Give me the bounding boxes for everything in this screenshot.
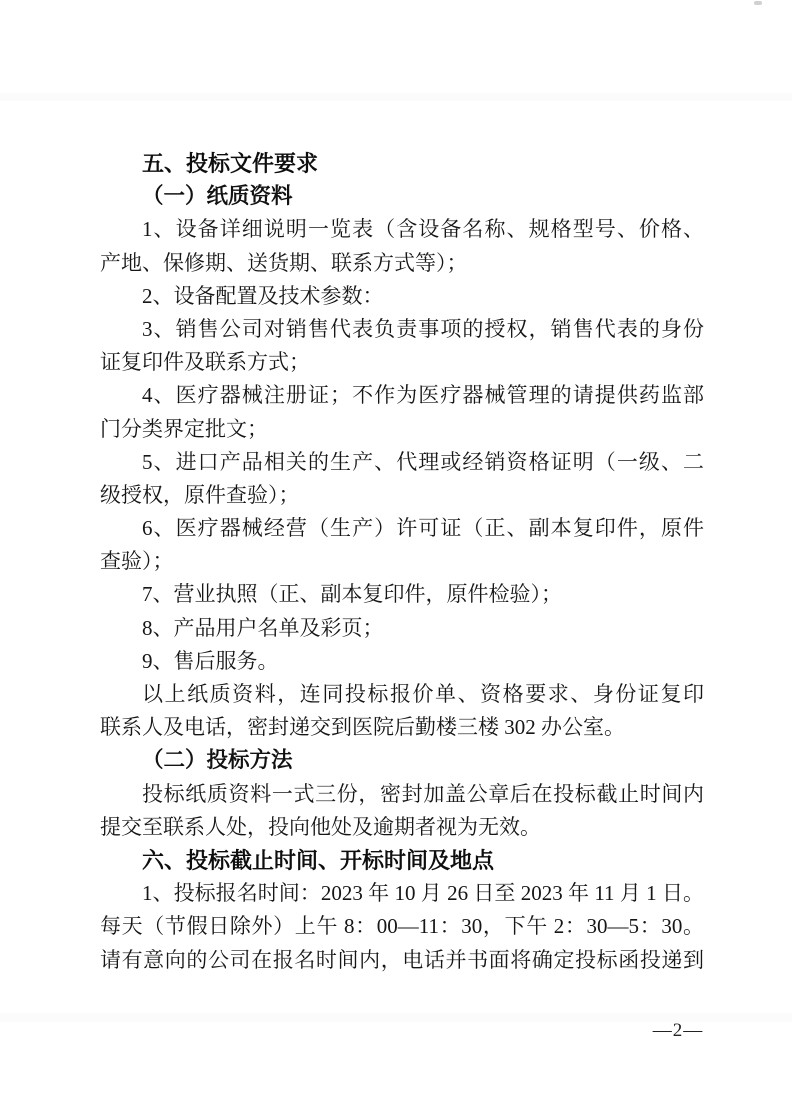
text-line: 门分类界定批文； xyxy=(100,413,704,446)
text-line: 证复印件及联系方式； xyxy=(100,346,704,379)
text-line: 1、投标报名时间：2023 年 10 月 26 日至 2023 年 11 月 1… xyxy=(100,877,704,910)
text-line: 联系人及电话，密封递交到医院后勤楼三楼 302 办公室。 xyxy=(100,711,704,744)
text-line: 9、售后服务。 xyxy=(100,645,704,678)
page-number: —2— xyxy=(638,1020,718,1042)
text-line: 6、医疗器械经营（生产）许可证（正、副本复印件，原件 xyxy=(100,512,704,545)
scan-speck xyxy=(754,1,762,5)
document-body: 五、投标文件要求（一）纸质资料1、设备详细说明一览表（含设备名称、规格型号、价格… xyxy=(100,147,704,977)
text-line: 2、设备配置及技术参数： xyxy=(100,280,704,313)
text-line: 以上纸质资料，连同投标报价单、资格要求、身份证复印件、 xyxy=(100,678,704,711)
text-line: 每天（节假日除外）上午 8：00—11：30，下午 2：30—5：30。 xyxy=(100,910,704,943)
text-line: 3、销售公司对销售代表负责事项的授权，销售代表的身份 xyxy=(100,313,704,346)
text-line: 产地、保修期、送货期、联系方式等）； xyxy=(100,247,704,280)
text-line: 5、进口产品相关的生产、代理或经销资格证明（一级、二 xyxy=(100,446,704,479)
document-page: 五、投标文件要求（一）纸质资料1、设备详细说明一览表（含设备名称、规格型号、价格… xyxy=(0,0,792,1120)
text-line: 请有意向的公司在报名时间内，电话并书面将确定投标函投递到 xyxy=(100,944,704,977)
text-line: （二）投标方法 xyxy=(100,744,704,777)
text-line: 五、投标文件要求 xyxy=(100,147,704,180)
text-line: 查验）； xyxy=(100,545,704,578)
text-line: 提交至联系人处，投向他处及逾期者视为无效。 xyxy=(100,811,704,844)
text-line: 7、营业执照（正、副本复印件，原件检验）； xyxy=(100,578,704,611)
text-line: 六、投标截止时间、开标时间及地点 xyxy=(100,844,704,877)
text-line: （一）纸质资料 xyxy=(100,180,704,213)
text-line: 1、设备详细说明一览表（含设备名称、规格型号、价格、 xyxy=(100,213,704,246)
text-line: 投标纸质资料一式三份，密封加盖公章后在投标截止时间内 xyxy=(100,778,704,811)
text-line: 8、产品用户名单及彩页； xyxy=(100,612,704,645)
scan-artifact-band-top xyxy=(0,93,792,101)
text-line: 级授权，原件查验）； xyxy=(100,479,704,512)
text-line: 4、医疗器械注册证；不作为医疗器械管理的请提供药监部 xyxy=(100,379,704,412)
